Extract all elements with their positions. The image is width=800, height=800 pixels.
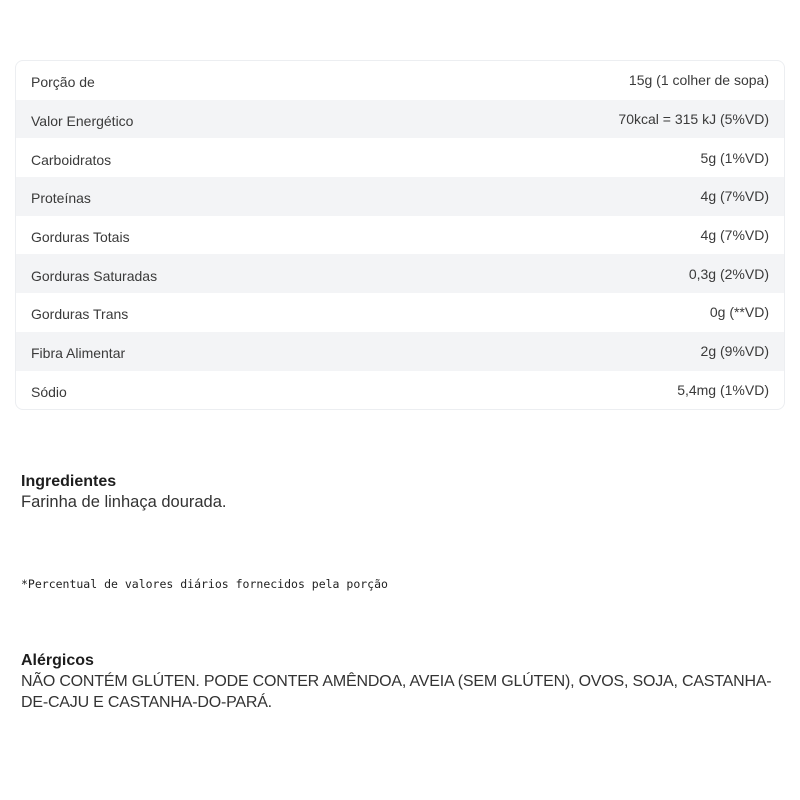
row-label: Proteínas bbox=[31, 186, 91, 206]
row-label: Gorduras Saturadas bbox=[31, 264, 157, 284]
nutrition-row-energy: Valor Energético 70kcal = 315 kJ (5%VD) bbox=[16, 100, 784, 139]
row-label: Gorduras Trans bbox=[31, 302, 128, 322]
row-value: 4g (7%VD) bbox=[701, 188, 769, 204]
nutrition-row-saturated-fat: Gorduras Saturadas 0,3g (2%VD) bbox=[16, 254, 784, 293]
row-label: Fibra Alimentar bbox=[31, 341, 125, 361]
ingredients-section: Ingredientes Farinha de linhaça dourada. bbox=[21, 472, 226, 512]
nutrition-row-serving: Porção de 15g (1 colher de sopa) bbox=[16, 61, 784, 100]
nutrition-table: Porção de 15g (1 colher de sopa) Valor E… bbox=[15, 60, 785, 410]
row-label: Valor Energético bbox=[31, 109, 133, 129]
nutrition-row-proteins: Proteínas 4g (7%VD) bbox=[16, 177, 784, 216]
row-value: 4g (7%VD) bbox=[701, 227, 769, 243]
row-label: Porção de bbox=[31, 70, 95, 90]
row-value: 15g (1 colher de sopa) bbox=[629, 72, 769, 88]
row-value: 2g (9%VD) bbox=[701, 343, 769, 359]
ingredients-text: Farinha de linhaça dourada. bbox=[21, 492, 226, 512]
row-value: 5g (1%VD) bbox=[701, 150, 769, 166]
row-value: 5,4mg (1%VD) bbox=[677, 382, 769, 398]
ingredients-title: Ingredientes bbox=[21, 472, 226, 492]
nutrition-row-fiber: Fibra Alimentar 2g (9%VD) bbox=[16, 332, 784, 371]
nutrition-row-carbohydrates: Carboidratos 5g (1%VD) bbox=[16, 138, 784, 177]
row-value: 0,3g (2%VD) bbox=[689, 266, 769, 282]
allergens-title: Alérgicos bbox=[21, 651, 791, 671]
daily-value-footnote: *Percentual de valores diários fornecido… bbox=[21, 577, 388, 591]
row-label: Gorduras Totais bbox=[31, 225, 130, 245]
row-label: Sódio bbox=[31, 380, 67, 400]
nutrition-row-sodium: Sódio 5,4mg (1%VD) bbox=[16, 371, 784, 410]
nutrition-row-total-fat: Gorduras Totais 4g (7%VD) bbox=[16, 216, 784, 255]
row-label: Carboidratos bbox=[31, 148, 111, 168]
allergens-text: NÃO CONTÉM GLÚTEN. PODE CONTER AMÊNDOA, … bbox=[21, 671, 791, 713]
row-value: 70kcal = 315 kJ (5%VD) bbox=[618, 111, 769, 127]
allergens-section: Alérgicos NÃO CONTÉM GLÚTEN. PODE CONTER… bbox=[21, 651, 791, 713]
nutrition-row-trans-fat: Gorduras Trans 0g (**VD) bbox=[16, 293, 784, 332]
row-value: 0g (**VD) bbox=[710, 304, 769, 320]
